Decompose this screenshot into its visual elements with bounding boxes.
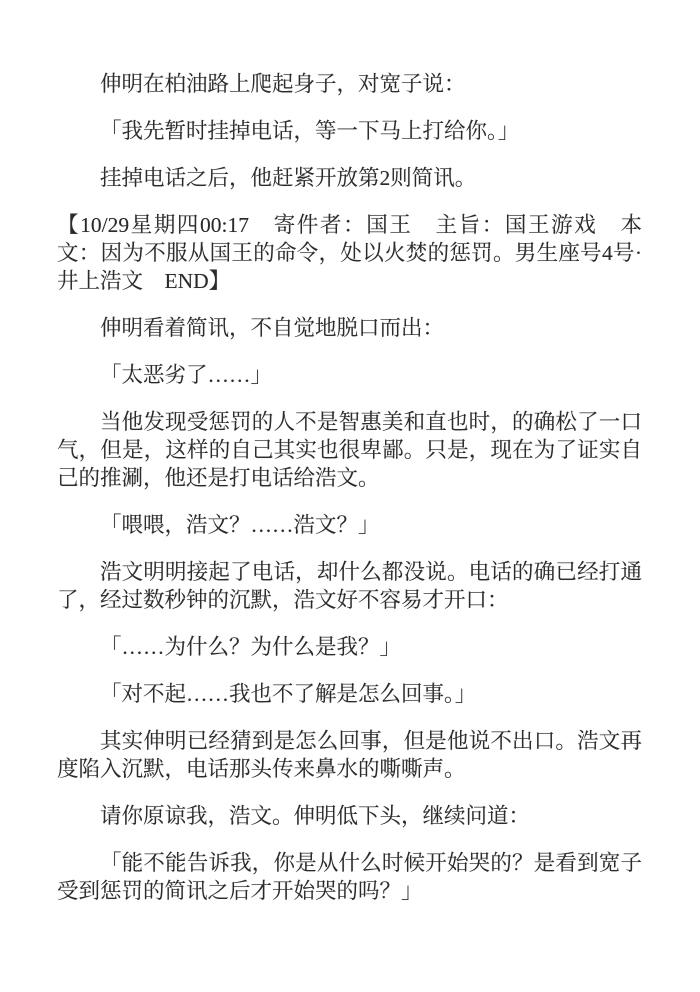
narration-paragraph: 浩文明明接起了电话，却什么都没说。电话的确已经打通了，经过数秒钟的沉默，浩文好不… <box>57 558 642 614</box>
dialogue-line: 「喂喂，浩文？……浩文？」 <box>57 511 642 539</box>
dialogue-line: 「对不起……我也不了解是怎么回事。」 <box>57 680 642 708</box>
narration-paragraph: 挂掉电话之后，他赶紧开放第2则简讯。 <box>57 164 642 192</box>
narration-paragraph: 当他发现受惩罚的人不是智惠美和直也时，的确松了一口气，但是，这样的自己其实也很卑… <box>57 408 642 492</box>
narration-paragraph: 伸明在柏油路上爬起身子，对宽子说： <box>57 70 642 98</box>
dialogue-line: 「我先暂时挂掉电话，等一下马上打给你。」 <box>57 117 642 145</box>
narration-paragraph: 请你原谅我，浩文。伸明低下头，继续问道： <box>57 802 642 830</box>
sms-message-block: 【10/29星期四00:17 寄件者：国王 主旨：国王游戏 本文：因为不服从国王… <box>57 211 642 295</box>
text-column: 伸明在柏油路上爬起身子，对宽子说： 「我先暂时挂掉电话，等一下马上打给你。」 挂… <box>57 70 642 905</box>
narration-paragraph: 其实伸明已经猜到是怎么回事，但是他说不出口。浩文再度陷入沉默，电话那头传来鼻水的… <box>57 727 642 783</box>
ebook-page: 伸明在柏油路上爬起身子，对宽子说： 「我先暂时挂掉电话，等一下马上打给你。」 挂… <box>0 0 700 992</box>
narration-paragraph: 伸明看着简讯，不自觉地脱口而出： <box>57 314 642 342</box>
dialogue-line: 「能不能告诉我，你是从什么时候开始哭的？是看到宽子受到惩罚的简讯之后才开始哭的吗… <box>57 849 642 905</box>
dialogue-line: 「太恶劣了……」 <box>57 361 642 389</box>
dialogue-line: 「……为什么？为什么是我？」 <box>57 633 642 661</box>
